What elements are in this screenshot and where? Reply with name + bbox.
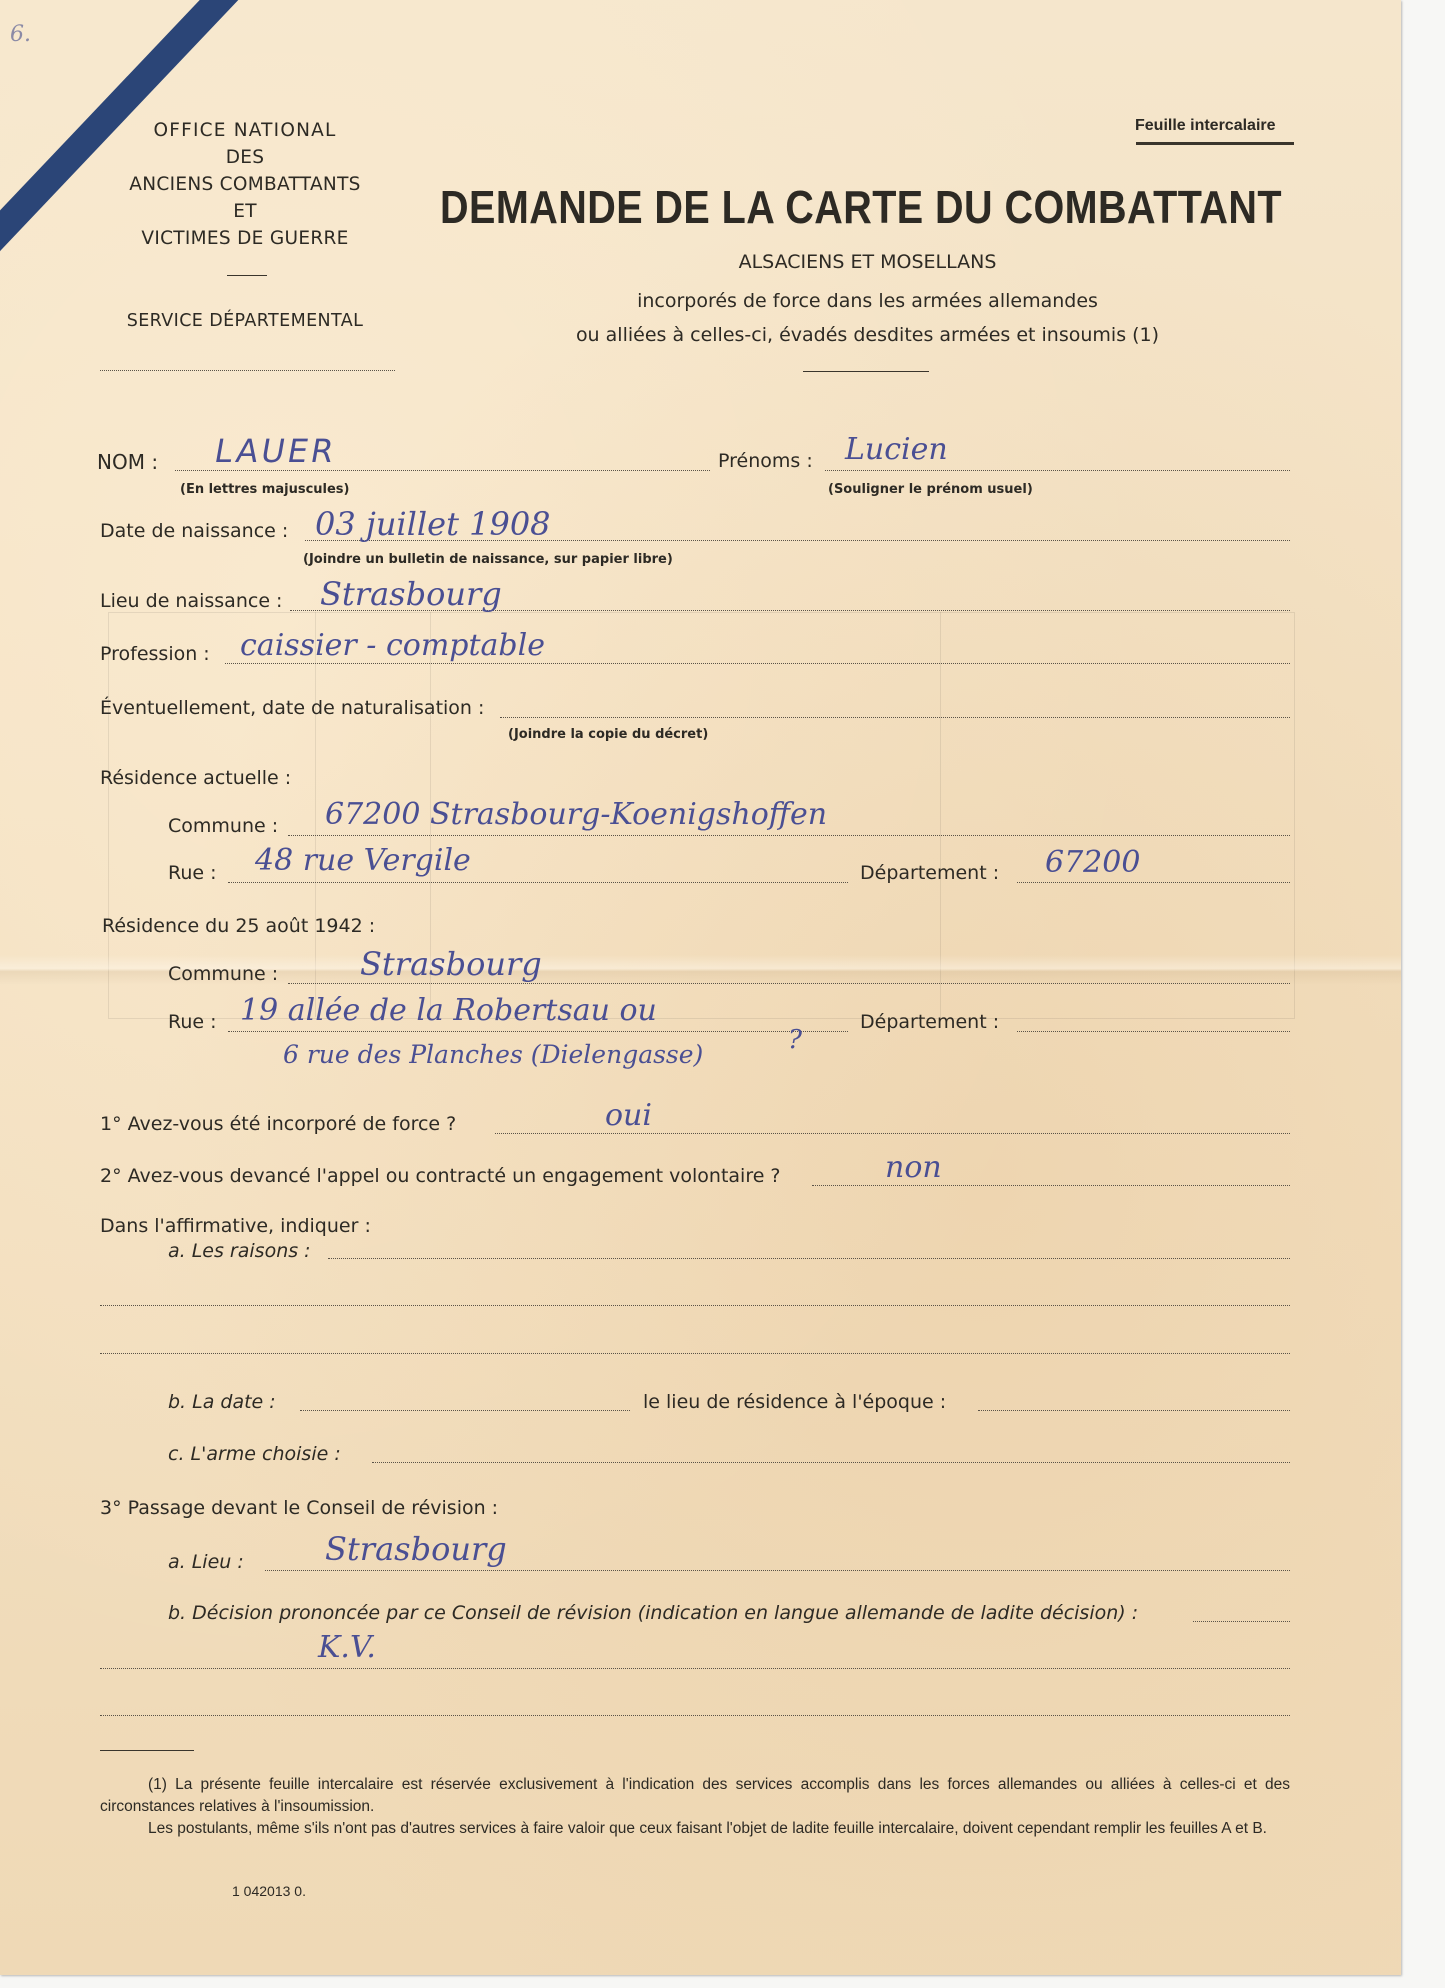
profession-field[interactable] (225, 663, 1290, 664)
departement-actuel-label: Département : (860, 862, 999, 884)
departement-actuel-field[interactable] (1017, 882, 1290, 883)
decision-field-line2[interactable] (100, 1668, 1290, 1669)
date-naissance-note: (Joindre un bulletin de naissance, sur p… (303, 552, 673, 567)
commune-actuelle-label: Commune : (168, 815, 278, 837)
rue-1942-value-line1: 19 allée de la Robertsau ou (240, 993, 657, 1028)
sheet-type-label: Feuille intercalaire (1135, 117, 1276, 135)
q3-label: 3° Passage devant le Conseil de révision… (100, 1497, 498, 1519)
raisons-field-line3[interactable] (100, 1353, 1290, 1354)
departement-actuel-value: 67200 (1045, 845, 1140, 880)
service-field[interactable] (100, 370, 395, 371)
footnote-rule (100, 1750, 194, 1751)
rue-1942-question-mark: ? (788, 1025, 802, 1055)
nom-note: (En lettres majuscules) (180, 482, 349, 497)
decision-value: K.V. (318, 1630, 376, 1665)
service-label: SERVICE DÉPARTEMENTAL (95, 308, 395, 335)
q2-field[interactable] (812, 1185, 1290, 1186)
form-code: 1 042013 0. (232, 1883, 306, 1899)
office-line: VICTIMES DE GUERRE (95, 225, 395, 252)
prenoms-value: Lucien (845, 432, 948, 467)
office-line: DES (95, 144, 395, 171)
q1-field[interactable] (495, 1133, 1290, 1134)
affirmative-label: Dans l'affirmative, indiquer : (100, 1215, 371, 1237)
raisons-label: a. Les raisons : (168, 1240, 311, 1262)
rue-actuelle-value: 48 rue Vergile (255, 843, 471, 878)
nom-value: LAUER (212, 432, 340, 470)
prenoms-label: Prénoms : (718, 450, 813, 472)
date-naissance-value: 03 juillet 1908 (315, 505, 551, 543)
commune-actuelle-value: 67200 Strasbourg-Koenigshoffen (325, 797, 827, 832)
office-line: OFFICE NATIONAL (95, 117, 395, 144)
nom-field[interactable] (175, 470, 710, 471)
date-naissance-label: Date de naissance : (100, 520, 288, 542)
arme-choisie-field[interactable] (372, 1462, 1290, 1463)
q1-value: oui (605, 1098, 652, 1133)
decision-label: b. Décision prononcée par ce Conseil de … (168, 1602, 1138, 1624)
commune-1942-label: Commune : (168, 963, 278, 985)
decision-field[interactable] (1193, 1621, 1290, 1622)
rue-1942-value-line2: 6 rue des Planches (Dielengasse) (283, 1040, 703, 1069)
conseil-lieu-label: a. Lieu : (168, 1551, 244, 1573)
naturalisation-note: (Joindre la copie du décret) (508, 727, 708, 742)
naturalisation-field[interactable] (500, 717, 1290, 718)
commune-actuelle-field[interactable] (288, 835, 1290, 836)
conseil-lieu-field[interactable] (265, 1570, 1290, 1571)
q2-label: 2° Avez-vous devancé l'appel ou contract… (100, 1165, 781, 1187)
raisons-field[interactable] (328, 1258, 1290, 1259)
footnote-p2: Les postulants, même s'ils n'ont pas d'a… (100, 1818, 1290, 1840)
departement-1942-label: Département : (860, 1011, 999, 1033)
form-title: DEMANDE DE LA CARTE DU COMBATTANT (440, 180, 1282, 234)
departement-1942-field[interactable] (1017, 1031, 1290, 1032)
rue-actuelle-label: Rue : (168, 862, 217, 884)
title-rule (803, 371, 929, 372)
footnote-p1: (1) La présente feuille intercalaire est… (100, 1774, 1290, 1818)
arme-choisie-label: c. L'arme choisie : (168, 1443, 341, 1465)
residence-1942-label: Résidence du 25 août 1942 : (102, 915, 375, 937)
decision-field-line3[interactable] (100, 1715, 1290, 1716)
commune-1942-field[interactable] (288, 983, 1290, 984)
naturalisation-label: Éventuellement, date de naturalisation : (100, 697, 484, 719)
q1-label: 1° Avez-vous été incorporé de force ? (100, 1113, 456, 1135)
profession-value: caissier - comptable (240, 628, 545, 663)
rue-1942-field[interactable] (228, 1031, 848, 1032)
commune-1942-value: Strasbourg (360, 945, 542, 983)
form-subtitle-line2: incorporés de force dans les armées alle… (440, 290, 1295, 312)
rue-1942-label: Rue : (168, 1011, 217, 1033)
office-line: ANCIENS COMBATTANTS (95, 171, 395, 198)
form-subtitle-line3: ou alliées à celles-ci, évadés desdites … (440, 324, 1295, 346)
nom-label: NOM : (97, 450, 158, 474)
form-sheet: 6. OFFICE NATIONAL DES ANCIENS COMBATTAN… (0, 0, 1401, 1975)
office-rule (227, 275, 267, 276)
office-block: OFFICE NATIONAL DES ANCIENS COMBATTANTS … (95, 117, 395, 252)
office-line: ET (95, 198, 395, 225)
form-subtitle: ALSACIENS ET MOSELLANS (440, 251, 1295, 273)
la-date-label: b. La date : (168, 1391, 276, 1413)
q2-value: non (885, 1150, 942, 1185)
lieu-naissance-value: Strasbourg (320, 575, 502, 613)
raisons-field-line2[interactable] (100, 1305, 1290, 1306)
prenoms-note: (Souligner le prénom usuel) (828, 482, 1033, 497)
profession-label: Profession : (100, 643, 210, 665)
sheet-type-underline (1136, 142, 1294, 145)
rue-actuelle-field[interactable] (228, 882, 848, 883)
conseil-lieu-value: Strasbourg (325, 1530, 507, 1568)
prenoms-field[interactable] (825, 470, 1290, 471)
la-date-field[interactable] (300, 1410, 630, 1411)
lieu-epoque-field[interactable] (978, 1410, 1290, 1411)
lieu-epoque-label: le lieu de résidence à l'époque : (643, 1391, 946, 1413)
corner-mark: 6. (10, 22, 31, 47)
residence-actuelle-label: Résidence actuelle : (100, 767, 291, 789)
lieu-naissance-label: Lieu de naissance : (100, 590, 282, 612)
